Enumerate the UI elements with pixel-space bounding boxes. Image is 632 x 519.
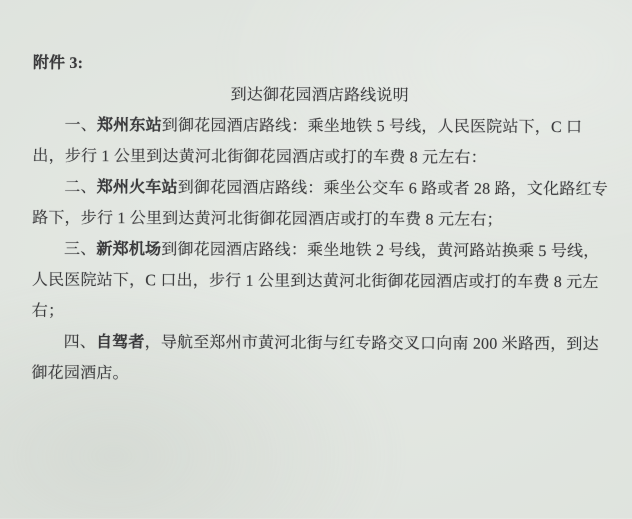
route-text: 人民医院站下，C 口出，步行 1 公里到达黄河北街御花园酒店或打的车费 8 元左 — [32, 272, 599, 291]
route-line: 出，步行 1 公里到达黄河北街御花园酒店或打的车费 8 元左右： — [32, 141, 606, 175]
route-text: 到御花园酒店路线：乘坐地铁 5 号线，人民医院站下，C 口 — [162, 117, 583, 136]
route-text: 路下，步行 1 公里到达黄河北街御花园酒店或打的车费 8 元左右； — [32, 210, 503, 229]
route-origin-bold: 自驾者 — [96, 334, 145, 351]
route-line: 御花园酒店。 — [31, 358, 605, 392]
route-text: 到御花园酒店路线：乘坐地铁 2 号线，黄河路站换乘 5 号线， — [161, 241, 599, 260]
route-line: 路下，步行 1 公里到达黄河北街御花园酒店或打的车费 8 元左右； — [32, 203, 606, 237]
route-text: 到御花园酒店路线：乘坐公交车 6 路或者 28 路，文化路红专 — [178, 179, 608, 198]
route-paragraphs: 一、郑州东站到御花园酒店路线：乘坐地铁 5 号线，人民医院站下，C 口出，步行 … — [31, 110, 606, 392]
route-line: 三、新郑机场到御花园酒店路线：乘坐地铁 2 号线，黄河路站换乘 5 号线， — [32, 234, 606, 268]
route-text: ，导航至郑州市黄河北街与红专路交叉口向南 200 米路西，到达 — [145, 334, 599, 353]
route-origin-bold: 郑州火车站 — [97, 179, 178, 196]
route-line: 二、郑州火车站到御花园酒店路线：乘坐公交车 6 路或者 28 路，文化路红专 — [32, 172, 606, 206]
attachment-label: 附件 3: — [33, 48, 607, 82]
route-text: 二、 — [64, 179, 96, 196]
scanned-document-page: 附件 3: 到达御花园酒店路线说明 一、郑州东站到御花园酒店路线：乘坐地铁 5 … — [0, 0, 632, 518]
route-text: 出，步行 1 公里到达黄河北街御花园酒店或打的车费 8 元左右： — [32, 148, 486, 167]
route-text: 三、 — [64, 241, 96, 258]
route-origin-bold: 新郑机场 — [96, 241, 161, 258]
route-line: 右； — [32, 296, 606, 330]
route-text: 一、 — [65, 117, 97, 134]
route-line: 四、自驾者，导航至郑州市黄河北街与红专路交叉口向南 200 米路西，到达 — [32, 327, 606, 361]
route-line: 人民医院站下，C 口出，步行 1 公里到达黄河北街御花园酒店或打的车费 8 元左 — [32, 265, 606, 299]
route-text: 右； — [32, 303, 64, 320]
route-origin-bold: 郑州东站 — [97, 117, 162, 134]
route-text: 四、 — [64, 334, 96, 351]
route-line: 一、郑州东站到御花园酒店路线：乘坐地铁 5 号线，人民医院站下，C 口 — [33, 110, 607, 144]
document-title: 到达御花园酒店路线说明 — [33, 79, 607, 113]
route-text: 御花园酒店。 — [31, 365, 128, 382]
